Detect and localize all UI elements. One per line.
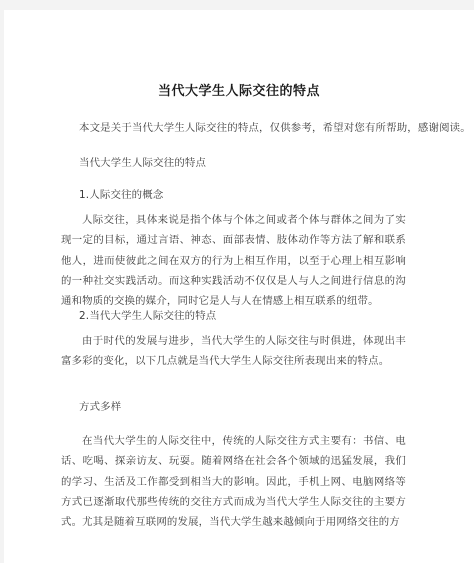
subtitle: 当代大学生人际交往的特点 [79, 154, 206, 169]
section2-heading: 2.当代大学生人际交往的特点 [79, 307, 216, 322]
section1-heading: 1.人际交往的概念 [79, 186, 163, 201]
section3-heading: 方式多样 [79, 398, 121, 413]
section1-body: 人际交往，具体来说是指个体与个体之间或者个体与群体之间为了实现一定的目标，通过言… [61, 210, 406, 311]
document-title: 当代大学生人际交往的特点 [4, 80, 474, 99]
intro-text: 本文是关于当代大学生人际交往的特点，仅供参考，希望对您有所帮助，感谢阅读。 [79, 119, 471, 134]
document-page: 当代大学生人际交往的特点 本文是关于当代大学生人际交往的特点，仅供参考，希望对您… [4, 10, 474, 563]
section3-body: 在当代大学生的人际交往中，传统的人际交往方式主要有：书信、电话、吃喝、探亲访友、… [61, 431, 406, 532]
section2-body: 由于时代的发展与进步，当代大学生的人际交往与时俱进，体现出丰富多彩的变化，以下几… [61, 331, 406, 372]
